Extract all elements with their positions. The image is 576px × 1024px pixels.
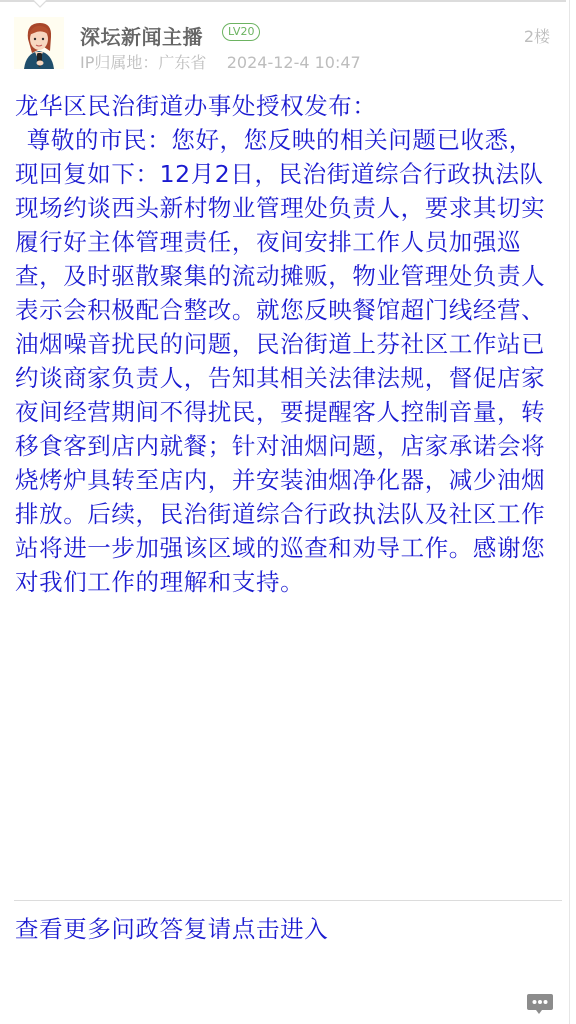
post-header: 深坛新闻主播 LV20 2楼 IP归属地：广东省 2024-12-4 10:47 [0, 0, 566, 80]
post-content: 龙华区民治街道办事处授权发布： 尊敬的市民：您好，您反映的相关问题已收悉，现回复… [15, 89, 555, 599]
floor-number: 2楼 [524, 24, 550, 47]
avatar[interactable] [14, 17, 64, 69]
post-title-line: 龙华区民治街道办事处授权发布： [15, 89, 555, 123]
ip-location: IP归属地：广东省 [80, 53, 206, 72]
post-timestamp: 2024-12-4 10:47 [227, 53, 361, 72]
news-anchor-avatar-icon [14, 17, 64, 69]
comment-bubble-icon [526, 993, 554, 1017]
author-name[interactable]: 深坛新闻主播 [80, 21, 203, 50]
post-body: 尊敬的市民：您好，您反映的相关问题已收悉，现回复如下：12月2日，民治街道综合行… [15, 123, 555, 599]
right-border [569, 0, 570, 1024]
post-meta: IP归属地：广东省 2024-12-4 10:47 [80, 50, 361, 73]
divider [14, 900, 562, 901]
more-replies-link[interactable]: 查看更多问政答复请点击进入 [15, 912, 328, 946]
level-badge: LV20 [222, 23, 260, 41]
comment-button[interactable] [526, 993, 554, 1017]
